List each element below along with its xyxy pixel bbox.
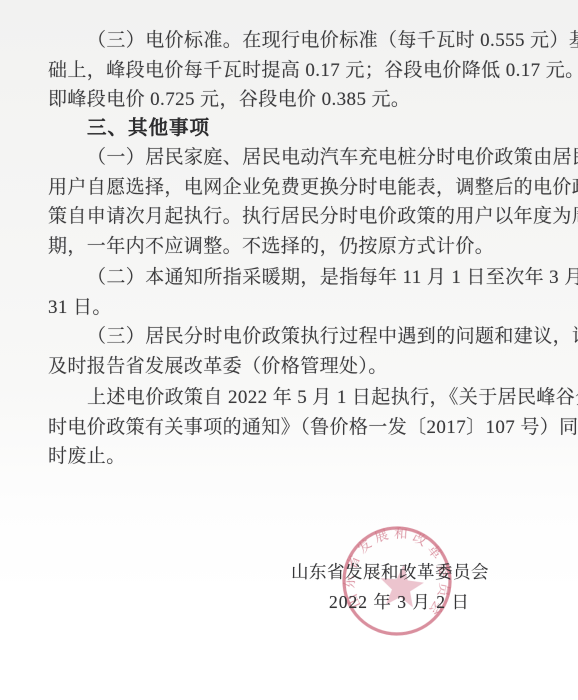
issue-date: 2022 年 3 月 2 日 <box>329 592 470 612</box>
scanned-notice-page: （三）电价标准。在现行电价标准（每千瓦时 0.555 元）基 础上，峰段电价每千… <box>0 0 578 700</box>
text-line: （三）电价标准。在现行电价标准（每千瓦时 0.555 元）基 <box>48 26 534 56</box>
text-line: 用户自愿选择，电网企业免费更换分时电能表，调整后的电价政 <box>48 173 534 203</box>
text-line: （二）本通知所指采暖期，是指每年 11 月 1 日至次年 3 月 <box>48 263 534 293</box>
text-line: 上述电价政策自 2022 年 5 月 1 日起执行，《关于居民峰谷分 <box>48 383 534 413</box>
text-line: （一）居民家庭、居民电动汽车充电桩分时电价政策由居民 <box>48 143 534 173</box>
text-line: 础上，峰段电价每千瓦时提高 0.17 元；谷段电价降低 0.17 元。 <box>48 56 534 86</box>
issuing-organization: 山东省发展和改革委员会 <box>291 562 489 582</box>
text-line: 时废止。 <box>48 442 534 472</box>
text-line: 即峰段电价 0.725 元，谷段电价 0.385 元。 <box>48 85 534 115</box>
text-line: 时电价政策有关事项的通知》（鲁价格一发〔2017〕107 号）同 <box>48 413 534 443</box>
text-line: （三）居民分时电价政策执行过程中遇到的问题和建议，请 <box>48 322 534 352</box>
section-heading-other-matters: 三、其他事项 <box>48 113 534 143</box>
text-line: 31 日。 <box>48 293 534 323</box>
text-line: 及时报告省发展改革委（价格管理处）。 <box>48 352 534 382</box>
text-line: 策自申请次月起执行。执行居民分时电价政策的用户以年度为周 <box>48 202 534 232</box>
text-line: 期，一年内不应调整。不选择的，仍按原方式计价。 <box>48 232 534 262</box>
